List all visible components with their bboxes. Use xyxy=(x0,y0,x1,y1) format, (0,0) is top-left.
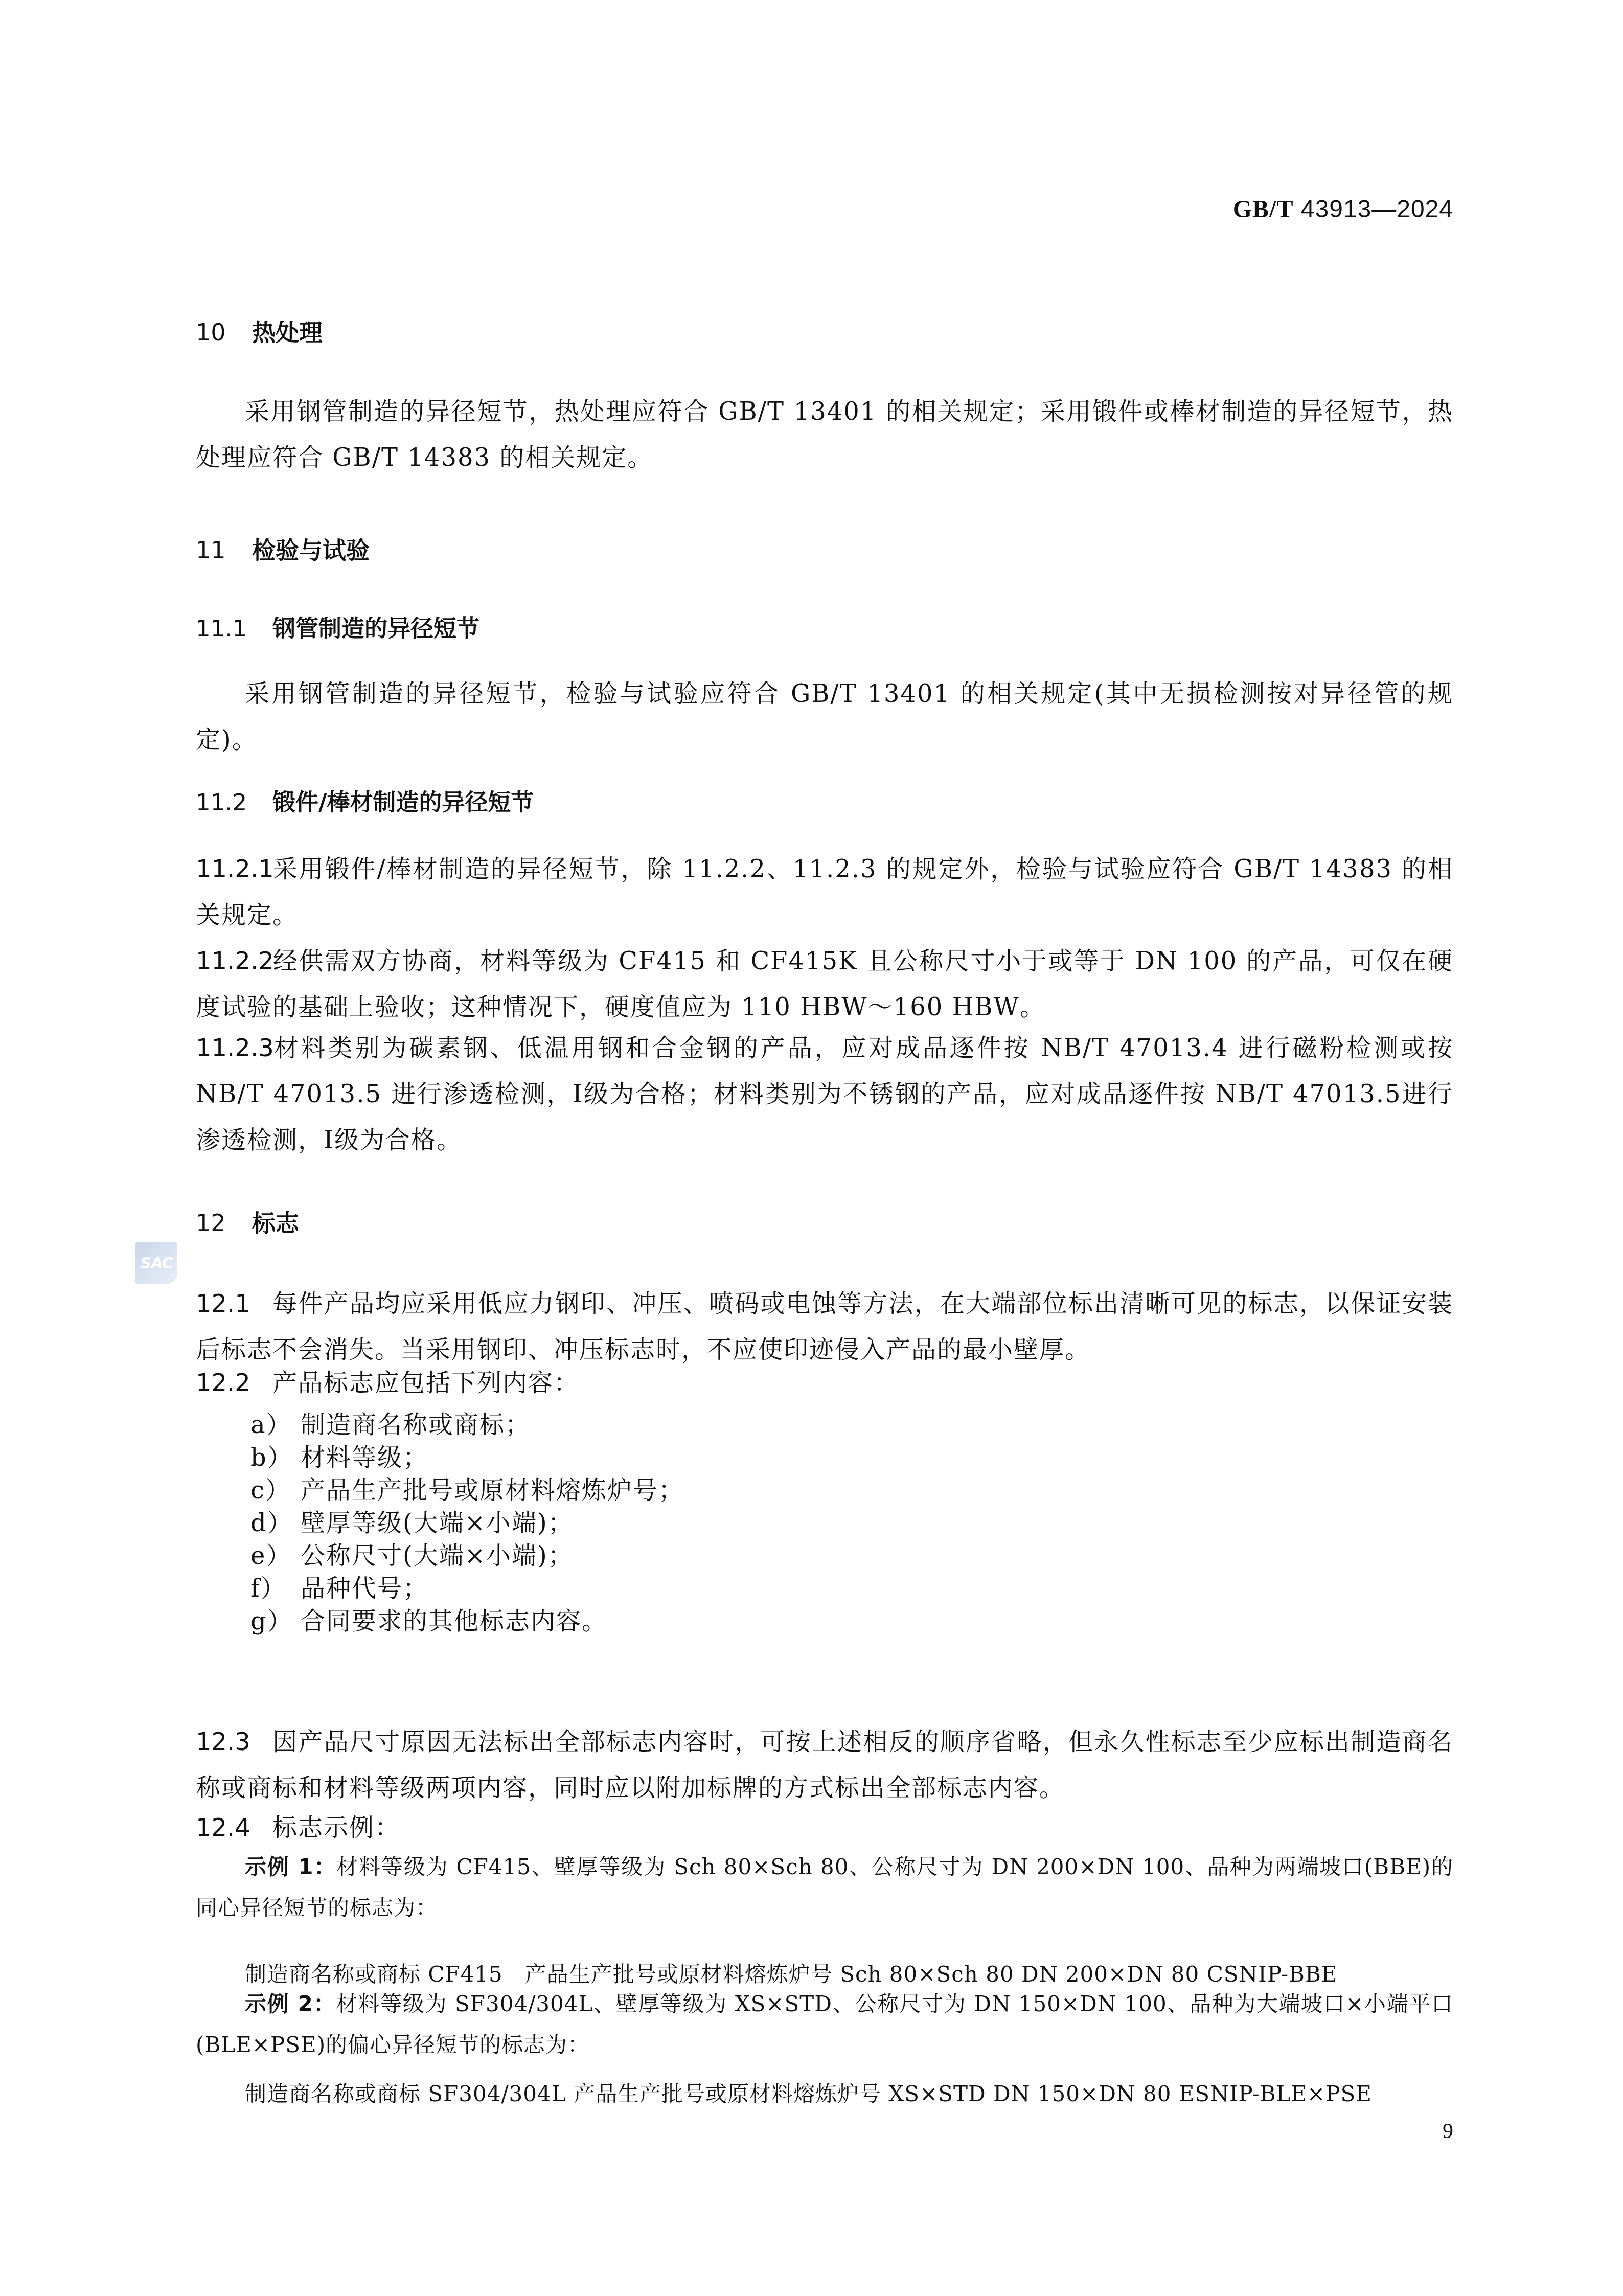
list-marker: a） xyxy=(250,1405,301,1440)
clause-number: 12.1 xyxy=(196,1281,272,1327)
section-title: 标志 xyxy=(252,1209,299,1237)
list-item-a: a）制造商名称或商标； xyxy=(250,1405,531,1440)
list-item-f: f）品种代号； xyxy=(250,1568,428,1604)
example-text: 材料等级为 SF304/304L、壁厚等级为 XS×STD、公称尺寸为 DN 1… xyxy=(196,1991,1453,2057)
section-title: 锻件/棒材制造的异径短节 xyxy=(272,789,534,816)
standard-prefix: GB/T xyxy=(1233,196,1294,223)
list-marker: f） xyxy=(250,1568,301,1604)
list-text: 公称尺寸(大端×小端)； xyxy=(301,1541,574,1570)
clause-number: 12.2 xyxy=(196,1360,272,1406)
list-item-g: g）合同要求的其他标志内容。 xyxy=(250,1601,607,1636)
section-11-1-heading: 11.1钢管制造的异径短节 xyxy=(196,610,479,643)
section-number: 12 xyxy=(196,1209,252,1237)
section-number: 11.1 xyxy=(196,615,272,642)
clause-11-2-1: 11.2.1采用锻件/棒材制造的异径短节，除 11.2.2、11.2.3 的规定… xyxy=(196,846,1453,938)
clause-number: 12.4 xyxy=(196,1805,272,1851)
list-text: 材料等级； xyxy=(301,1443,428,1472)
page-number: 9 xyxy=(1443,2119,1453,2144)
clause-text: 经供需双方协商，材料等级为 CF415 和 CF415K 且公称尺寸小于或等于 … xyxy=(196,947,1453,1021)
list-marker: d） xyxy=(250,1503,301,1538)
example-text: 材料等级为 CF415、壁厚等级为 Sch 80×Sch 80、公称尺寸为 DN… xyxy=(196,1854,1453,1920)
clause-text: 标志示例： xyxy=(272,1813,400,1842)
list-text: 壁厚等级(大端×小端)； xyxy=(301,1509,574,1537)
clause-12-1: 12.1每件产品均应采用低应力钢印、冲压、喷码或电蚀等方法，在大端部位标出清晰可… xyxy=(196,1281,1453,1373)
example-label: 示例 1： xyxy=(245,1854,336,1879)
list-text: 制造商名称或商标； xyxy=(301,1411,531,1439)
list-item-c: c）产品生产批号或原材料熔炼炉号； xyxy=(250,1470,684,1506)
clause-number: 11.2.3 xyxy=(196,1025,272,1071)
list-marker: b） xyxy=(250,1438,301,1473)
clause-11-2-3: 11.2.3材料类别为碳素钢、低温用钢和合金钢的产品，应对成品逐件按 NB/T … xyxy=(196,1025,1453,1163)
clause-12-3: 12.3因产品尺寸原因无法标出全部标志内容时，可按上述相反的顺序省略，但永久性标… xyxy=(196,1719,1453,1811)
clause-12-2: 12.2产品标志应包括下列内容： xyxy=(196,1360,1453,1406)
list-item-d: d）壁厚等级(大端×小端)； xyxy=(250,1503,574,1538)
list-text: 合同要求的其他标志内容。 xyxy=(301,1607,607,1635)
clause-number: 11.2.2 xyxy=(196,938,272,984)
example-2-marking: 制造商名称或商标 SF304/304L 产品生产批号或原材料熔炼炉号 XS×ST… xyxy=(245,2077,1372,2108)
example-2: 示例 2：材料等级为 SF304/304L、壁厚等级为 XS×STD、公称尺寸为… xyxy=(196,1984,1453,2065)
section-10-body: 采用钢管制造的异径短节，热处理应符合 GB/T 13401 的相关规定；采用锻件… xyxy=(196,389,1453,481)
section-title: 检验与试验 xyxy=(252,536,370,564)
example-label: 示例 2： xyxy=(245,1991,336,2016)
example-1: 示例 1：材料等级为 CF415、壁厚等级为 Sch 80×Sch 80、公称尺… xyxy=(196,1847,1453,1928)
clause-text: 每件产品均应采用低应力钢印、冲压、喷码或电蚀等方法，在大端部位标出清晰可见的标志… xyxy=(196,1289,1453,1364)
list-item-e: e）公称尺寸(大端×小端)； xyxy=(250,1536,574,1571)
list-text: 品种代号； xyxy=(301,1574,428,1603)
standard-code: GB/T 43913—2024 xyxy=(1233,195,1453,223)
section-number: 11 xyxy=(196,536,252,564)
section-11-1-body: 采用钢管制造的异径短节，检验与试验应符合 GB/T 13401 的相关规定(其中… xyxy=(196,671,1453,763)
list-marker: c） xyxy=(250,1470,301,1506)
clause-text: 因产品尺寸原因无法标出全部标志内容时，可按上述相反的顺序省略，但永久性标志至少应… xyxy=(196,1727,1453,1802)
clause-number: 11.2.1 xyxy=(196,846,272,892)
section-number: 10 xyxy=(196,319,252,346)
clause-11-2-2: 11.2.2经供需双方协商，材料等级为 CF415 和 CF415K 且公称尺寸… xyxy=(196,938,1453,1030)
sac-watermark-logo: SAC xyxy=(135,1242,177,1284)
section-11-heading: 11检验与试验 xyxy=(196,532,370,565)
section-12-heading: 12标志 xyxy=(196,1204,299,1238)
list-marker: g） xyxy=(250,1601,301,1636)
list-marker: e） xyxy=(250,1536,301,1571)
section-title: 热处理 xyxy=(252,319,323,346)
section-number: 11.2 xyxy=(196,789,272,816)
section-11-2-heading: 11.2锻件/棒材制造的异径短节 xyxy=(196,784,534,817)
list-text: 产品生产批号或原材料熔炼炉号； xyxy=(301,1476,684,1505)
section-title: 钢管制造的异径短节 xyxy=(272,615,479,642)
clause-text: 材料类别为碳素钢、低温用钢和合金钢的产品，应对成品逐件按 NB/T 47013.… xyxy=(196,1034,1453,1154)
section-10-heading: 10热处理 xyxy=(196,314,323,348)
clause-text: 产品标志应包括下列内容： xyxy=(272,1369,579,1397)
standard-number: 43913—2024 xyxy=(1301,196,1453,223)
clause-12-4: 12.4标志示例： xyxy=(196,1805,1453,1851)
list-item-b: b）材料等级； xyxy=(250,1438,428,1473)
clause-text: 采用锻件/棒材制造的异径短节，除 11.2.2、11.2.3 的规定外，检验与试… xyxy=(196,855,1453,929)
clause-number: 12.3 xyxy=(196,1719,272,1765)
